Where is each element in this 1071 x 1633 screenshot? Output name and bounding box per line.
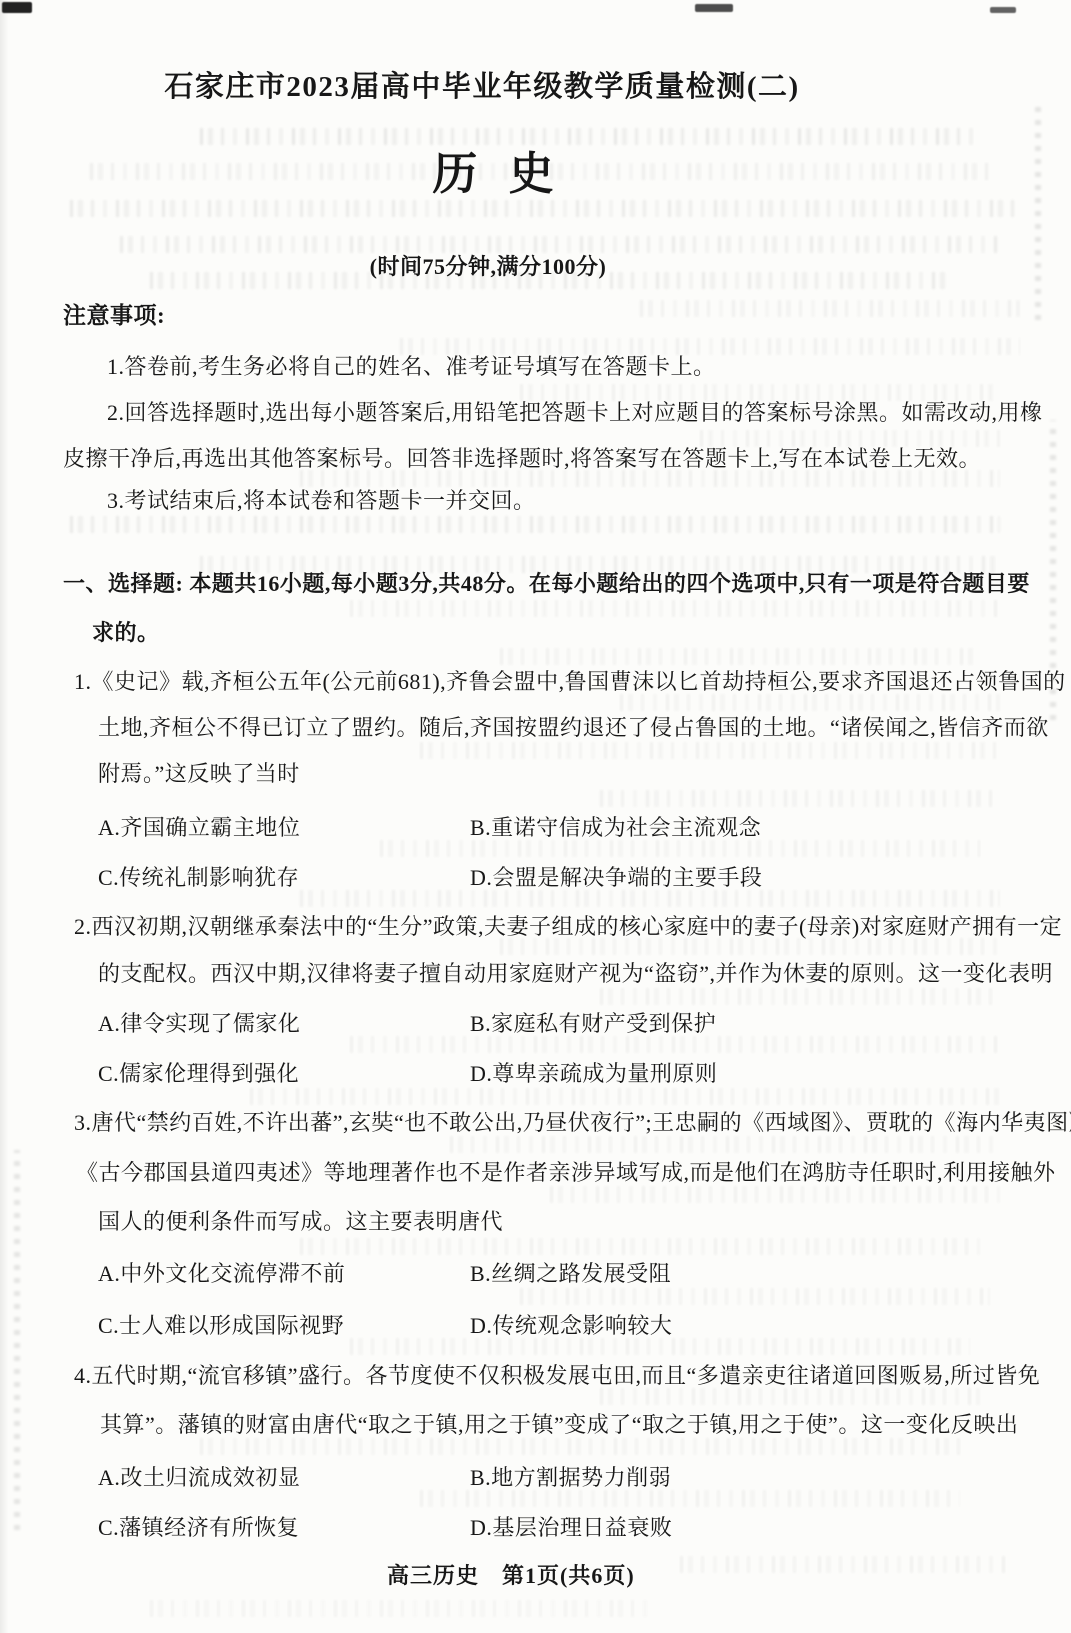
question-1-line-3: 附焉。”这反映了当时	[98, 761, 300, 787]
question-1-option-a: A.齐国确立霸主地位	[98, 815, 300, 841]
question-2-option-a: A.律令实现了儒家化	[98, 1011, 300, 1037]
question-3-option-b: B.丝绸之路发展受阻	[470, 1261, 671, 1287]
notice-item-1: 1.答卷前,考生务必将自己的姓名、准考证号填写在答题卡上。	[107, 354, 716, 380]
question-4-line-2: 其算”。藩镇的财富由唐代“取之于镇,用之于镇”变成了“取之于镇,用之于使”。这一…	[100, 1412, 1018, 1438]
bleed-through-band	[400, 338, 1020, 355]
bleed-through-band	[520, 1288, 990, 1305]
bleed-through-band	[420, 742, 1000, 759]
question-3-line-3: 国人的便利条件而写成。这主要表明唐代	[98, 1209, 503, 1235]
bleed-through-band	[70, 516, 1000, 533]
question-1-option-c: C.传统礼制影响犹存	[98, 865, 299, 891]
bleed-through-band	[120, 236, 1000, 253]
bleed-through-band	[520, 384, 1000, 401]
bleed-through-band	[500, 938, 1000, 955]
scan-smudge	[990, 7, 1016, 13]
notice-item-3: 3.考试结束后,将本试卷和答题卡一并交回。	[107, 488, 536, 514]
bleed-through-band	[450, 1136, 1000, 1153]
question-1-option-b: B.重诺守信成为社会主流观念	[470, 815, 761, 841]
bleed-through-band	[600, 790, 1000, 807]
page-footer: 高三历史 第1页(共6页)	[387, 1563, 635, 1589]
question-4-option-c: C.藩镇经济有所恢复	[98, 1515, 299, 1541]
left-edge-shadow	[0, 0, 9, 1633]
question-3-line-1: 3.唐代“禁约百姓,不许出蕃”,玄奘“也不敢公出,乃昼伏夜行”;王忠嗣的《西域图…	[74, 1110, 1071, 1136]
bleed-through-band	[350, 1036, 1000, 1053]
question-2-option-c: C.儒家伦理得到强化	[98, 1061, 299, 1087]
question-2-option-d: D.尊卑亲疏成为量刑原则	[470, 1061, 717, 1087]
bleed-through-band	[300, 890, 1000, 907]
exam-duration-score: (时间75分钟,满分100分)	[370, 254, 607, 280]
question-4-option-d: D.基层治理日益衰败	[470, 1515, 672, 1541]
bleed-through-band	[200, 128, 980, 145]
question-3-option-d: D.传统观念影响较大	[470, 1313, 672, 1339]
question-2-line-1: 2.西汉初期,汉朝继承秦法中的“生分”政策,夫妻子组成的核心家庭中的妻子(母亲)…	[74, 914, 1062, 940]
scan-smudge	[695, 4, 733, 12]
bleed-through-band	[380, 840, 980, 857]
question-4-option-a: A.改土归流成效初显	[98, 1465, 300, 1491]
bleed-through-band	[600, 988, 1000, 1005]
bleed-through-band	[300, 1238, 980, 1255]
notice-heading: 注意事项:	[63, 303, 165, 329]
bleed-through-band	[680, 1556, 1010, 1573]
question-3-option-c: C.士人难以形成国际视野	[98, 1313, 344, 1339]
bleed-through-band	[70, 200, 1020, 217]
question-1-line-2: 土地,齐桓公不得已订立了盟约。随后,齐国按盟约退还了侵占鲁国的土地。“诸侯闻之,…	[98, 715, 1049, 741]
question-2-option-b: B.家庭私有财产受到保护	[470, 1011, 716, 1037]
bleed-through-streak	[14, 1150, 20, 1530]
question-3-line-2: 《古今郡国县道四夷述》等地理著作也不是作者亲涉异域写成,而是他们在鸿肪寺任职时,…	[76, 1160, 1056, 1186]
bleed-through-streak	[1035, 100, 1041, 320]
question-4-line-1: 4.五代时期,“流官移镇”盛行。各节度使不仅积极发展屯田,而且“多遣亲吏往诸道回…	[74, 1363, 1040, 1389]
bleed-through-band	[350, 600, 1000, 617]
question-4-option-b: B.地方割据势力削弱	[470, 1465, 671, 1491]
bleed-through-band	[640, 300, 1020, 317]
section-heading-line-2: 求的。	[92, 620, 160, 646]
bleed-through-band	[420, 1490, 960, 1507]
bleed-through-band	[300, 470, 1000, 487]
bleed-through-band	[550, 1186, 1000, 1203]
question-2-line-2: 的支配权。西汉中期,汉律将妻子擅自动用家庭财产视为“盗窃”,并作为休妻的原则。这…	[98, 961, 1053, 987]
exam-subject: 历 史	[432, 161, 563, 187]
section-heading-line-1: 一、选择题: 本题共16小题,每小题3分,共48分。在每小题给出的四个选项中,只…	[63, 571, 1030, 597]
scan-smudge	[2, 2, 32, 13]
bleed-through-band	[700, 430, 1000, 447]
exam-paper-page: 石家庄市2023届高中毕业年级教学质量检测(二) 历 史 (时间75分钟,满分1…	[0, 0, 1071, 1633]
notice-item-2-line-1: 2.回答选择题时,选出每小题答案后,用铅笔把答题卡上对应题目的答案标号涂黑。如需…	[107, 400, 1043, 426]
bleed-through-band	[620, 694, 1000, 711]
notice-item-2-line-2: 皮擦干净后,再选出其他答案标号。回答非选择题时,将答案写在答题卡上,写在本试卷上…	[63, 446, 981, 472]
bleed-through-band	[150, 1600, 650, 1617]
exam-title: 石家庄市2023届高中毕业年级教学质量检测(二)	[164, 74, 799, 100]
question-3-option-a: A.中外文化交流停滞不前	[98, 1261, 345, 1287]
bleed-through-band	[250, 1088, 1000, 1105]
bleed-through-band	[500, 648, 980, 665]
question-1-line-1: 1.《史记》载,齐桓公五年(公元前681),齐鲁会盟中,鲁国曹沫以匕首劫持桓公,…	[74, 669, 1066, 695]
question-1-option-d: D.会盟是解决争端的主要手段	[470, 865, 762, 891]
bleed-through-band	[350, 1338, 970, 1355]
bleed-through-band	[200, 1438, 960, 1455]
bleed-through-band	[600, 1388, 980, 1405]
